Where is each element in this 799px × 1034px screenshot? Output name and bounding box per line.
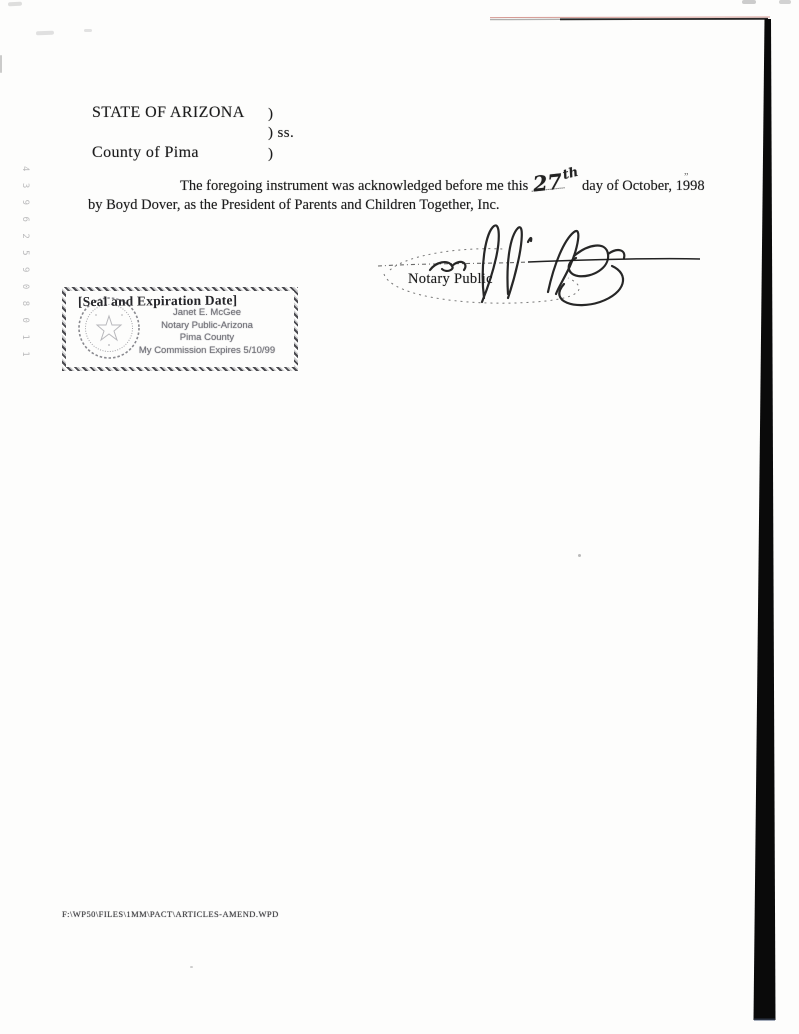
handwritten-day: 27 (531, 175, 565, 191)
venue-county: County of Pima (92, 144, 199, 162)
scan-smudge (36, 31, 54, 36)
scan-smudge (84, 29, 92, 32)
scan-smudge (0, 55, 2, 73)
scan-smudge (742, 0, 756, 4)
scanned-document-page: 4 3 9 6 2 5 9 0 8 0 1 1 STATE OF ARIZONA… (0, 0, 799, 1034)
venue-paren-bottom: ) (268, 146, 273, 163)
stamp-commission-expiry: My Commission Expires 5/10/99 (124, 345, 290, 358)
stamp-notary-county: Pima County (124, 332, 290, 345)
stamp-notary-name: Janet E. McGee (124, 307, 290, 320)
ack-text-pre: The foregoing instrument was acknowledge… (180, 178, 528, 194)
acknowledgment-line2: by Boyd Dover, as the President of Paren… (88, 197, 708, 214)
venue-state: STATE OF ARIZONA (92, 104, 245, 122)
footer-file-path: F:\WP50\FILES\1MM\PACT\ARTICLES-AMEND.WP… (62, 909, 279, 919)
scan-stray-mark: ” (684, 172, 688, 183)
notary-signature-icon (368, 214, 708, 314)
notary-stamp-text: Janet E. McGee Notary Public-Arizona Pim… (124, 307, 290, 357)
scan-smudge (779, 0, 791, 4)
acknowledgment-line1: The foregoing instrument was acknowledge… (180, 177, 740, 195)
scan-speck (578, 554, 581, 557)
handwritten-day-suffix: th (561, 165, 580, 183)
scan-speck (190, 966, 193, 968)
notary-public-label: Notary Public (408, 271, 493, 288)
stamp-notary-title: Notary Public-Arizona (124, 320, 290, 333)
margin-recording-stamp: 4 3 9 6 2 5 9 0 8 0 1 1 (8, 166, 30, 388)
venue-paren-top: ) (268, 106, 273, 123)
venue-ss: ) ss. (268, 125, 294, 142)
scan-smudge (8, 2, 22, 7)
notary-seal-box: [Seal and Expiration Date] Janet E. McGe… (62, 287, 298, 371)
